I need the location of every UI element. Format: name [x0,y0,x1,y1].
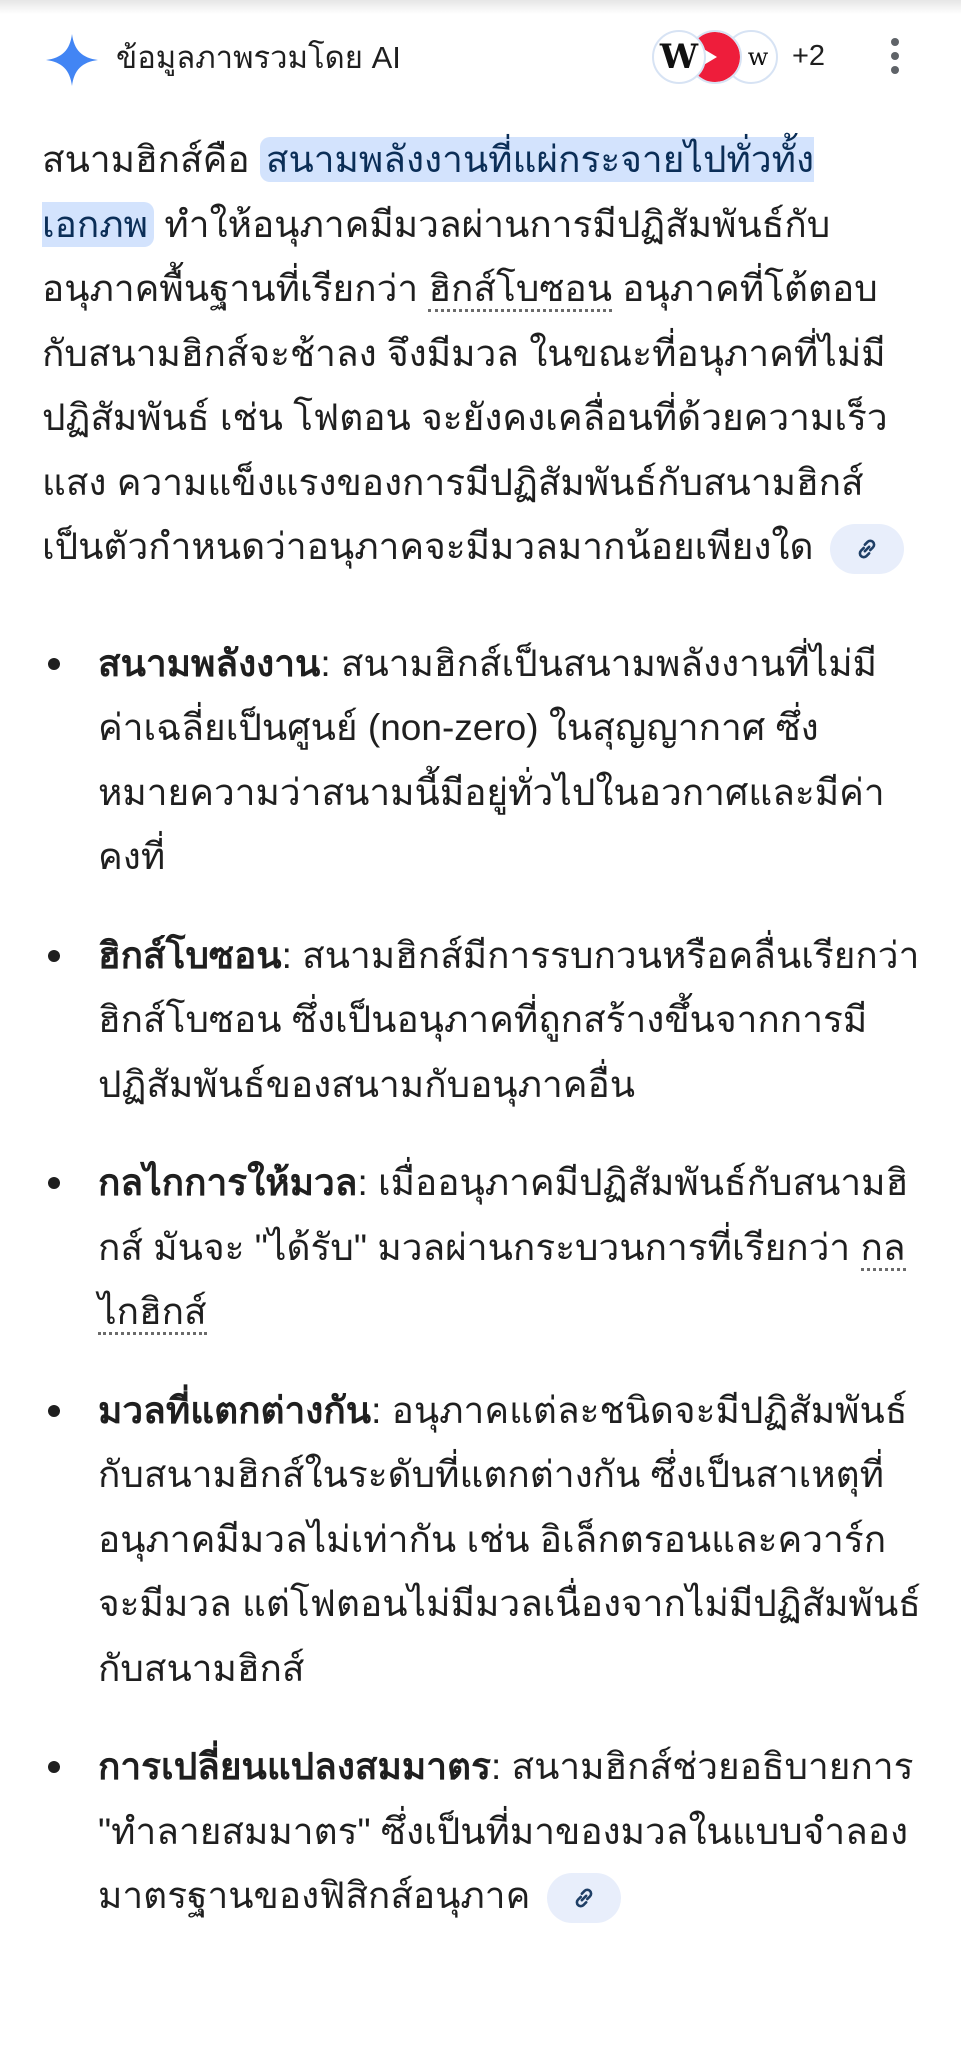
higgs-boson-link[interactable]: ฮิกส์โบซอน [428,268,612,312]
more-options-icon[interactable] [887,38,903,82]
list-item: สนามพลังงาน: สนามฮิกส์เป็นสนามพลังงานที่… [42,632,922,890]
more-sources-count: +2 [792,40,825,73]
ai-overview-header: ข้อมูลภาพรวมโดย AI W w +2 [0,22,961,92]
source-link-chip[interactable] [547,1873,621,1923]
gemini-sparkle-icon [44,32,100,88]
sources-button[interactable]: W w +2 [652,30,852,86]
list-item: การเปลี่ยนแปลงสมมาตร: สนามฮิกส์ช่วยอธิบา… [42,1735,922,1929]
list-item: มวลที่แตกต่างกัน: อนุภาคแต่ละชนิดจะมีปฏิ… [42,1379,922,1702]
bullet-list: สนามพลังงาน: สนามฮิกส์เป็นสนามพลังงานที่… [42,632,922,1929]
ai-overview-title: ข้อมูลภาพรวมโดย AI [116,38,401,78]
link-icon [571,1885,597,1911]
ai-overview-body: สนามฮิกส์คือ สนามพลังงานที่แผ่กระจายไปทั… [42,128,922,1963]
list-item: กลไกการให้มวล: เมื่ออนุภาคมีปฏิสัมพันธ์ก… [42,1151,922,1345]
link-icon [854,536,880,562]
source-link-chip[interactable] [830,524,904,574]
list-item: ฮิกส์โบซอน: สนามฮิกส์มีการรบกวนหรือคลื่น… [42,924,922,1118]
intro-paragraph: สนามฮิกส์คือ สนามพลังงานที่แผ่กระจายไปทั… [42,128,922,580]
wikipedia-icon: W [652,30,706,84]
top-shadow [0,0,961,14]
